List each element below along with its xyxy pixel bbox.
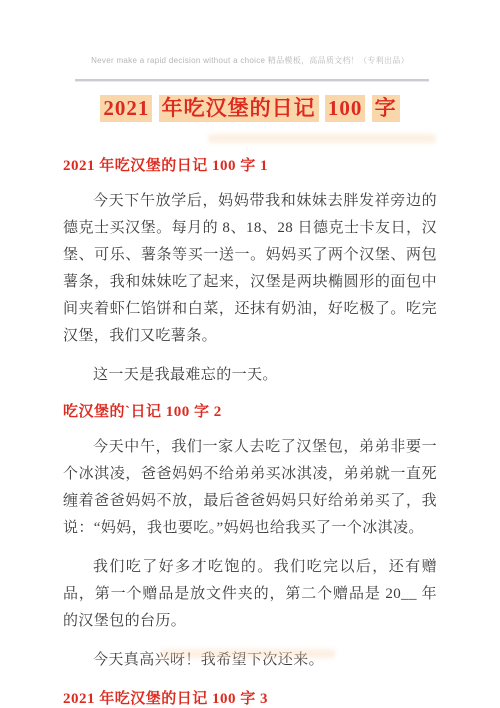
header-watermark: Never make a rapid decision without a ch… — [63, 0, 437, 66]
section-heading-3: 2021 年吃汉堡的日记 100 字 3 — [63, 690, 437, 708]
title-segment: 2021 — [100, 95, 152, 122]
section-heading-2: 吃汉堡的`日记 100 字 2 — [63, 403, 437, 422]
header-divider — [75, 79, 429, 82]
paragraph: 这一天是我最难忘的一天。 — [63, 362, 437, 389]
paragraph: 今天真高兴呀！我希望下次还来。 — [63, 647, 437, 674]
paragraph: 我们吃了好多才吃饱的。我们吃完以后，还有赠品，第一个赠品是放文件夹的，第二个赠品… — [63, 554, 437, 635]
title-segment: 字 — [372, 95, 400, 122]
document-title: 2021 年吃汉堡的日记 100 字 — [63, 94, 437, 122]
paragraph: 今天中午，我们一家人去吃了汉堡包，弟弟非要一个冰淇凌，爸爸妈妈不给弟弟买冰淇凌，… — [63, 434, 437, 542]
print-ghost-artifact — [208, 134, 436, 143]
title-segment: 100 — [325, 95, 366, 122]
section-heading-1: 2021 年吃汉堡的日记 100 字 1 — [63, 157, 437, 176]
document-page: Never make a rapid decision without a ch… — [0, 0, 500, 708]
title-segment: 年吃汉堡的日记 — [159, 95, 319, 122]
paragraph: 今天下午放学后，妈妈带我和妹妹去胖发祥旁边的德克士买汉堡。每月的 8、18、28… — [63, 188, 437, 350]
